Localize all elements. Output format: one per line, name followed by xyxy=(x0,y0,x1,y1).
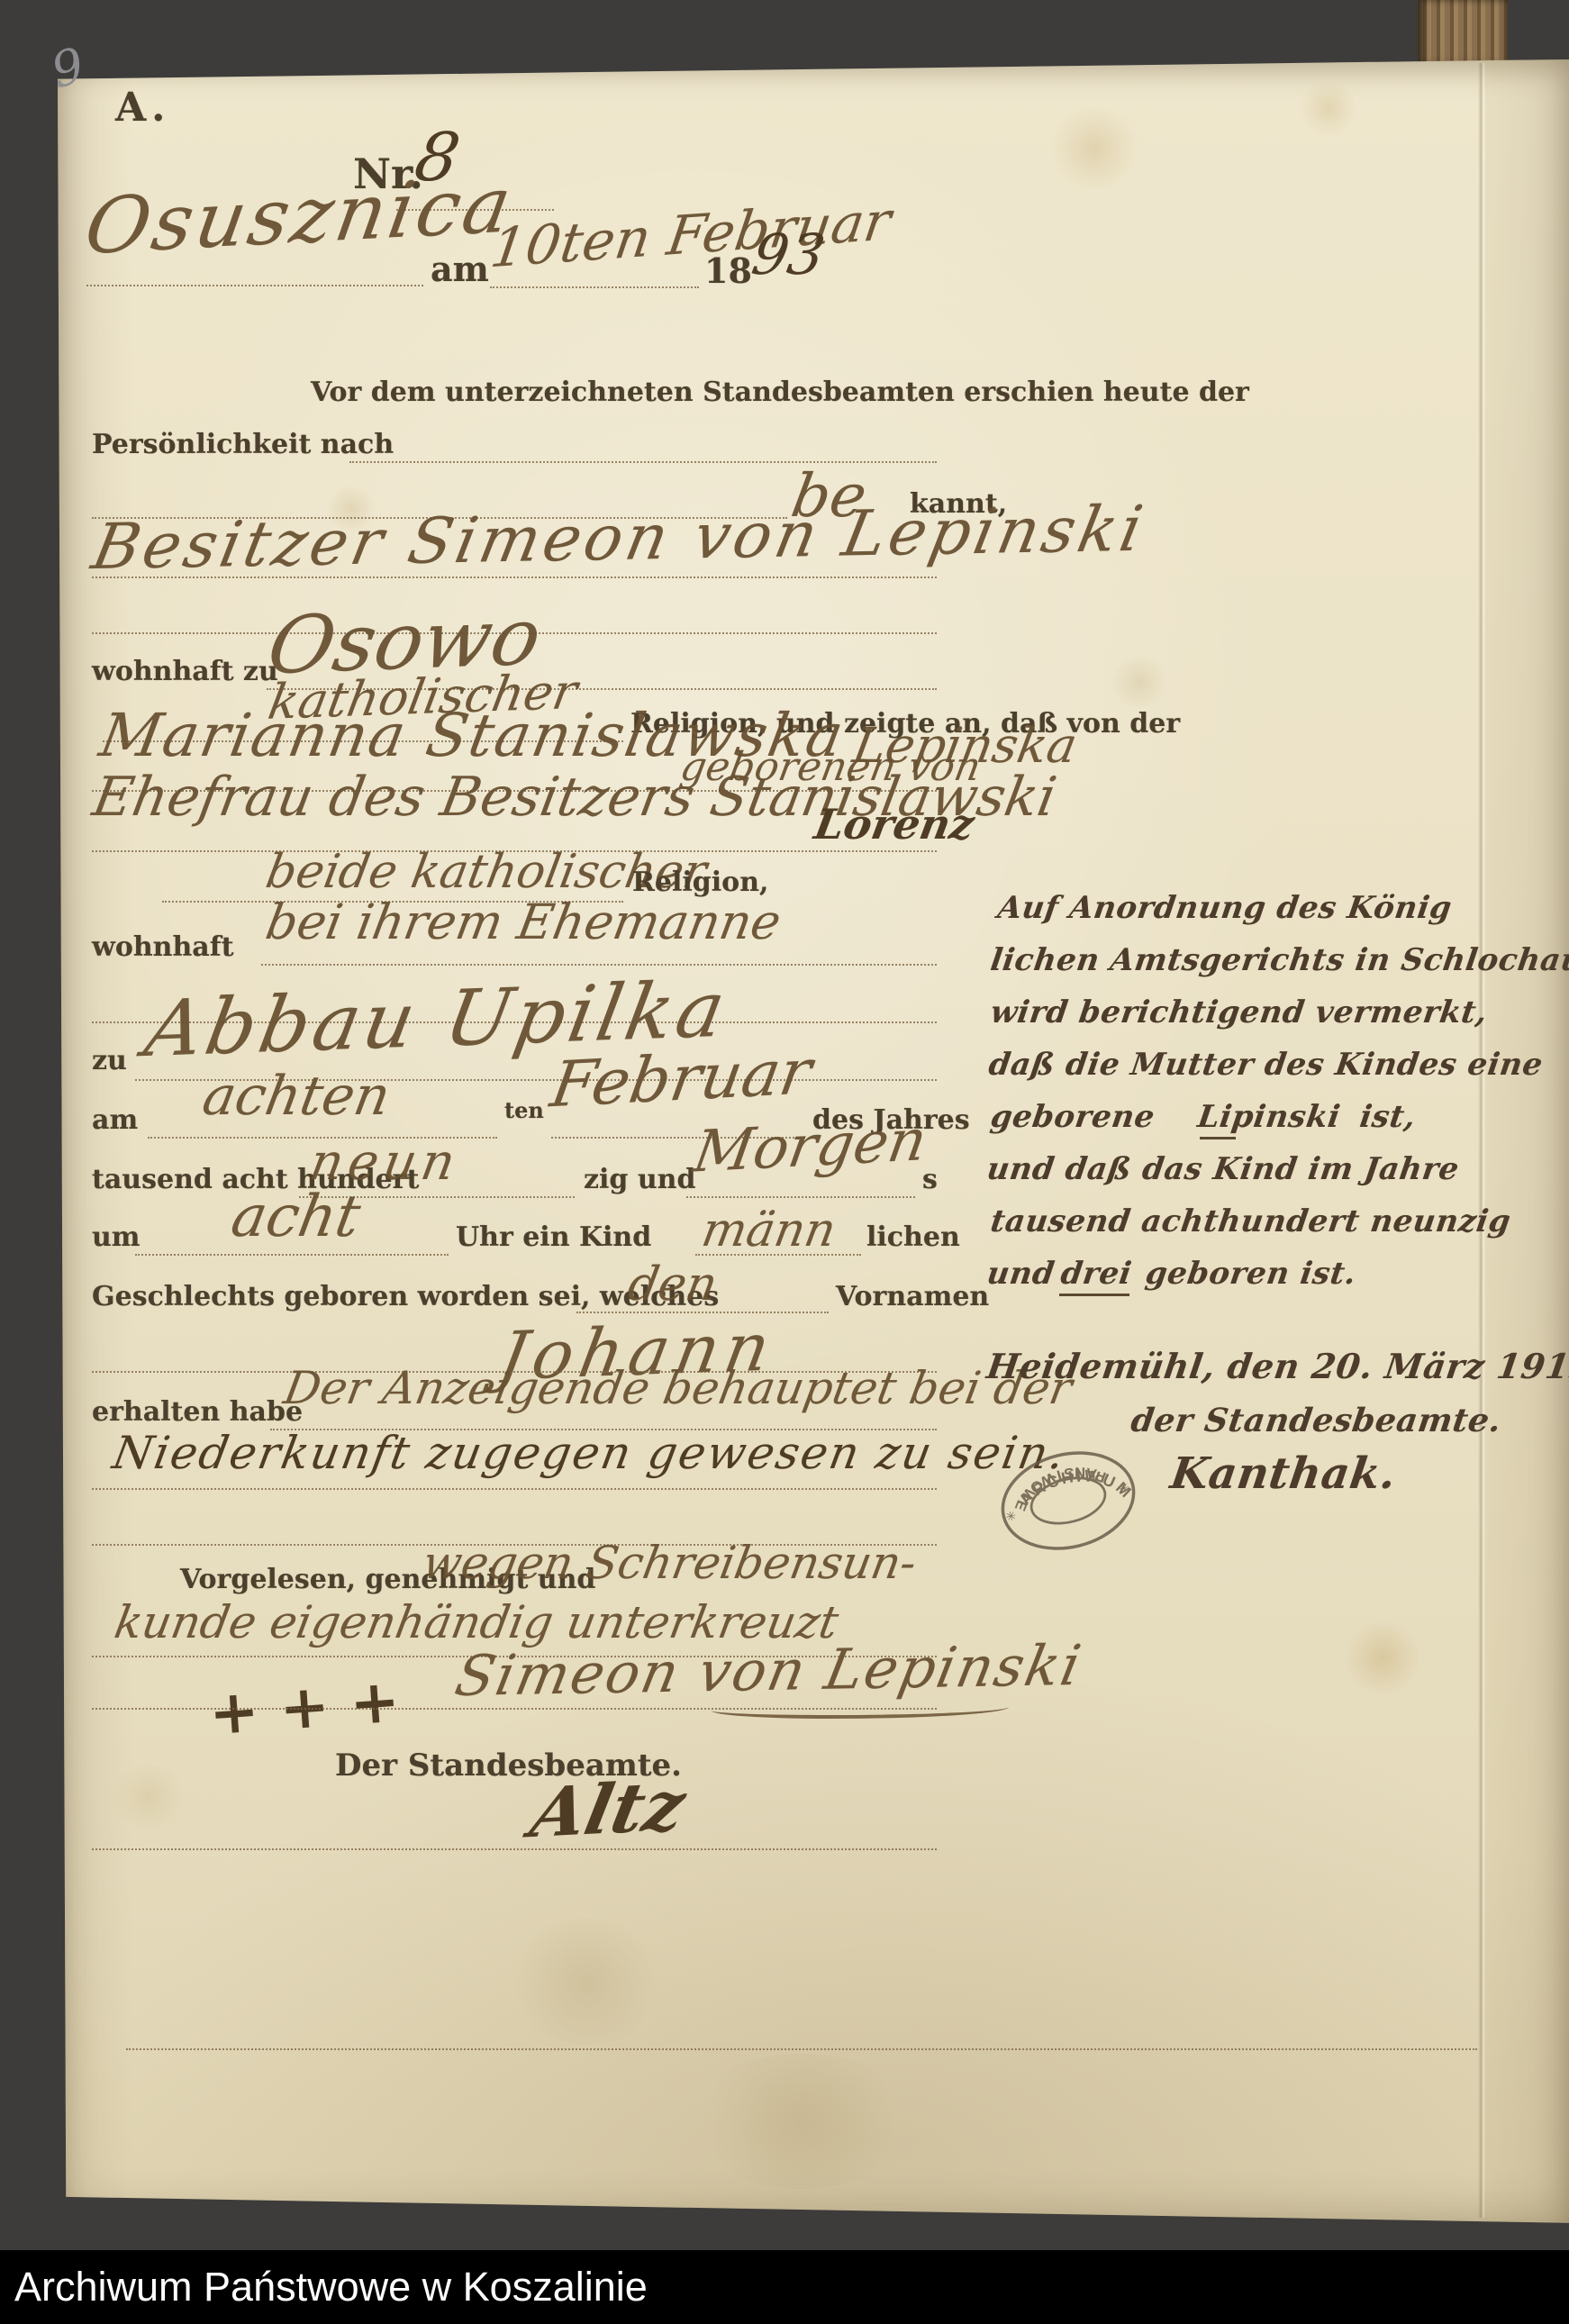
dotted-line xyxy=(490,286,699,288)
declarant-statement-2: Niederkunft zugegen gewesen zu sein. xyxy=(109,1427,1070,1479)
dotted-line xyxy=(86,285,423,286)
dotted-line xyxy=(261,964,937,966)
margin-note-line-1: Auf Anordnung des König xyxy=(995,890,1454,926)
form-intro-line: Vor dem unterzeichneten Standesbeamten e… xyxy=(311,377,1249,408)
year-printed-prefix: 18 xyxy=(704,250,752,291)
birth-hour: acht xyxy=(226,1184,365,1250)
um-label: um xyxy=(92,1221,141,1253)
dotted-line xyxy=(135,1254,449,1256)
margin-note-line-4: daß die Mutter des Kindes eine xyxy=(986,1047,1545,1083)
registrar-signature: Altz xyxy=(524,1766,692,1854)
vornamen-label: Vornamen xyxy=(836,1281,989,1312)
dotted-line xyxy=(126,2048,1477,2050)
margin-note-line-5-word-3: ist, xyxy=(1357,1099,1418,1135)
wohnhaft-label: wohnhaft xyxy=(92,931,233,963)
s-suffix-label: s xyxy=(922,1164,938,1195)
dotted-line xyxy=(92,1708,937,1710)
dotted-line xyxy=(92,1488,937,1490)
ten-suffix-label: ten xyxy=(504,1097,544,1123)
margin-note-line-5-word-1: geborene xyxy=(988,1099,1156,1135)
form-section-letter: A. xyxy=(115,85,170,131)
underline-mark xyxy=(1200,1137,1236,1139)
registrar-1913-signature: Kanthak. xyxy=(1167,1448,1400,1499)
margin-note-line-5-word-2: Lipinski xyxy=(1195,1099,1342,1135)
zu-label: zu xyxy=(92,1045,127,1076)
archive-name: Archiwum Państwowe w Koszalinie xyxy=(14,2264,648,2310)
margin-note-role: der Standesbeamte. xyxy=(1129,1402,1504,1439)
margin-note-line-2: lichen Amtsgerichts in Schlochau xyxy=(988,942,1569,978)
mother-residence: bei ihrem Ehemanne xyxy=(261,894,784,950)
birth-month: Februar xyxy=(546,1035,817,1122)
margin-note-line-8-word-3: geboren ist. xyxy=(1143,1256,1358,1292)
erhalten-habe-label: erhalten habe xyxy=(92,1396,303,1428)
child-sex-hand: männ xyxy=(698,1203,840,1257)
dotted-line xyxy=(695,1254,861,1256)
margin-note-line-3: wird berichtigend vermerkt, xyxy=(988,994,1490,1030)
declarant-mark-crosses: + + + xyxy=(207,1666,403,1749)
dotted-line xyxy=(92,576,937,578)
am-birth-label: am xyxy=(92,1104,138,1136)
wohnhaft-zu-label: wohnhaft zu xyxy=(92,656,278,687)
archive-footer-bar: Archiwum Państwowe w Koszalinie xyxy=(0,2250,1569,2324)
margin-note-line-6: und daß das Kind im Jahre xyxy=(984,1151,1461,1187)
den-hand: den xyxy=(624,1257,721,1312)
dotted-line xyxy=(686,1196,915,1198)
lichen-label: lichen xyxy=(866,1221,960,1253)
uhr-ein-kind-label: Uhr ein Kind xyxy=(456,1221,651,1253)
margin-note-dateline: Heidemühl, den 20. März 1913. xyxy=(984,1346,1569,1386)
year-handwritten: 93 xyxy=(748,222,830,287)
declarant-signature: Simeon von Lepinski xyxy=(450,1632,1088,1709)
persoenlichkeit-label: Persönlichkeit nach xyxy=(92,429,394,460)
margin-note-line-8-word-1: und xyxy=(984,1256,1057,1292)
margin-note-line-7: tausend achthundert neunzig xyxy=(988,1203,1513,1239)
scanned-register-page: 9 A. Nr. 8 Osusznica am 10ten Februar 18… xyxy=(0,0,1569,2324)
am-label: am xyxy=(431,249,489,289)
father-first-name-addition: Lorenz xyxy=(811,800,978,849)
margin-note-line-8-word-2: drei xyxy=(1058,1256,1134,1292)
time-of-day-hand: Morgen xyxy=(689,1107,931,1185)
pencil-page-number: 9 xyxy=(46,37,90,99)
zig-und-label: zig und xyxy=(584,1164,695,1195)
underline-mark xyxy=(1059,1294,1129,1296)
closing-hand-1: wegen Schreibensun- xyxy=(419,1537,921,1589)
adjacent-page-edge xyxy=(1485,59,1569,2221)
dotted-line xyxy=(92,1848,937,1850)
page-fold-line xyxy=(1478,63,1485,2218)
declarant-statement-1: Der Anzeigende behauptet bei der xyxy=(280,1362,1076,1414)
birth-day: achten xyxy=(198,1065,395,1128)
